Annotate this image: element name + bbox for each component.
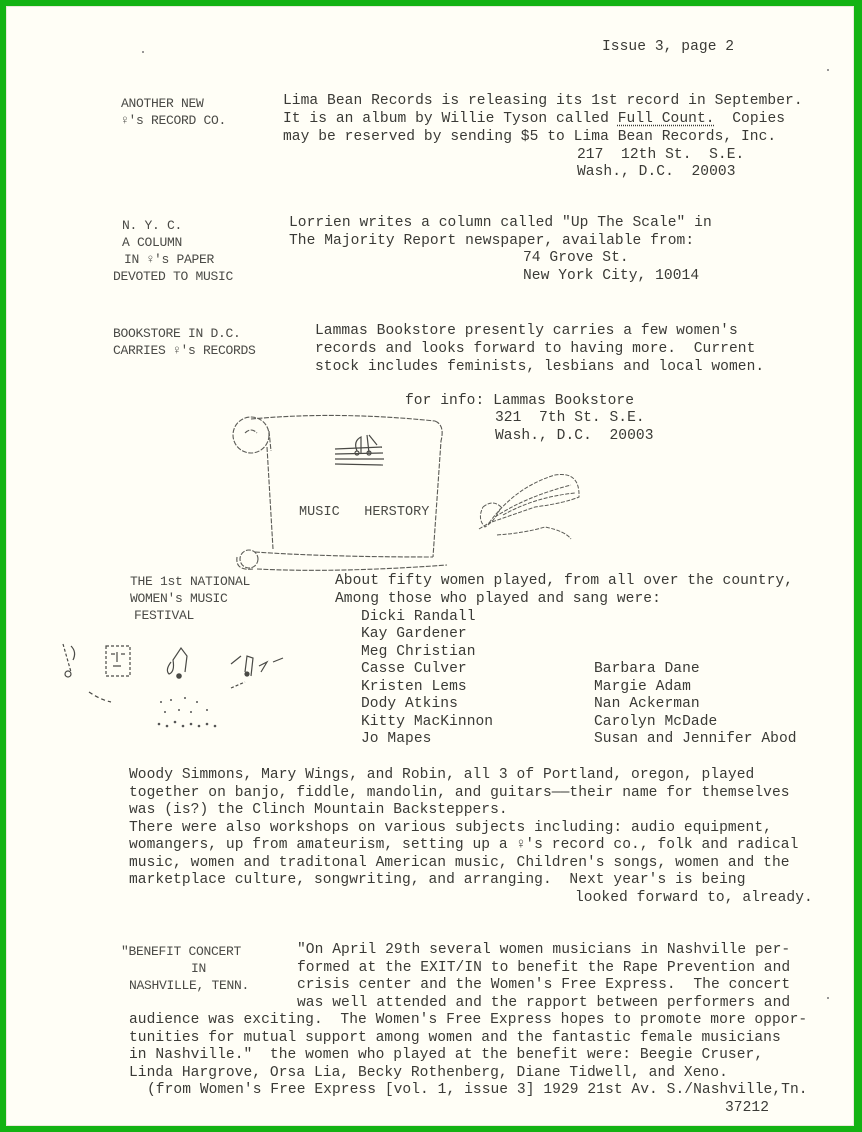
body-line: was well attended and the rapport betwee… [297, 995, 790, 1013]
body-text: Copies [715, 111, 785, 127]
section-label: ANOTHER NEW [121, 95, 204, 112]
section-label: IN ♀'s PAPER [124, 251, 214, 268]
body-text: It is an album by Willie Tyson called [283, 111, 618, 127]
performer-name: Kay Gardener [361, 626, 467, 644]
section-label: THE 1st NATIONAL [130, 573, 250, 590]
music-doodles-icon [61, 632, 321, 742]
body-line: looked forward to, already. [575, 890, 813, 908]
performer-name: Margie Adam [594, 679, 691, 697]
newsletter-page: Issue 3, page 2 ANOTHER NEW ♀'s RECORD C… [6, 6, 854, 1126]
speck [827, 997, 829, 999]
body-line: There were also workshops on various sub… [129, 820, 772, 838]
performer-name: Meg Christian [361, 644, 476, 662]
quill-pen-icon [475, 467, 590, 547]
body-line: Lorrien writes a column called "Up The S… [289, 215, 712, 233]
body-line: crisis center and the Women's Free Expre… [297, 977, 790, 995]
body-line: together on banjo, fiddle, mandolin, and… [129, 785, 790, 803]
body-line: Woody Simmons, Mary Wings, and Robin, al… [129, 767, 754, 785]
citation-volume: [vol. 1, issue 3] [385, 1082, 535, 1098]
address-line: 74 Grove St. [523, 250, 629, 268]
performer-name: Dody Atkins [361, 696, 458, 714]
speck [142, 51, 144, 53]
address-line: 217 12th St. S.E. [577, 147, 744, 165]
section-label: BOOKSTORE IN D.C. [113, 325, 241, 342]
body-line: formed at the EXIT/IN to benefit the Rap… [297, 960, 790, 978]
scroll-title: MUSIC HERSTORY [299, 504, 429, 522]
body-line: About fifty women played, from all over … [335, 573, 793, 591]
performer-name: Jo Mapes [361, 731, 431, 749]
section-label: IN [191, 960, 206, 977]
body-line: may be reserved by sending $5 to Lima Be… [283, 129, 776, 147]
body-line: tunities for mutual support among women … [129, 1030, 781, 1048]
performer-name: Dicki Randall [361, 609, 476, 627]
performer-name: Kitty MacKinnon [361, 714, 493, 732]
body-line: Linda Hargrove, Orsa Lia, Becky Rothenbe… [129, 1065, 728, 1083]
citation-zip: 37212 [725, 1100, 769, 1118]
performer-name: Susan and Jennifer Abod [594, 731, 797, 749]
section-label: FESTIVAL [134, 607, 194, 624]
section-label: WOMEN's MUSIC [130, 590, 228, 607]
album-title: Full Count. [618, 111, 715, 127]
address-line: Wash., D.C. 20003 [495, 428, 654, 446]
performer-name: Casse Culver [361, 661, 467, 679]
performer-name: Carolyn McDade [594, 714, 717, 732]
scroll-icon [227, 407, 467, 572]
citation-text: (from Women's Free Express [147, 1082, 385, 1098]
body-line: stock includes feminists, lesbians and l… [315, 359, 764, 377]
section-label: DEVOTED TO MUSIC [113, 268, 233, 285]
body-line: Lammas Bookstore presently carries a few… [315, 323, 738, 341]
body-line: audience was exciting. The Women's Free … [129, 1012, 807, 1030]
body-line: It is an album by Willie Tyson called Fu… [283, 111, 785, 129]
body-line: "On April 29th several women musicians i… [297, 942, 790, 960]
body-line: womangers, up from amateurism, setting u… [129, 837, 798, 855]
body-line: records and looks forward to having more… [315, 341, 755, 359]
body-line: Lima Bean Records is releasing its 1st r… [283, 93, 803, 111]
section-label: CARRIES ♀'s RECORDS [113, 342, 256, 359]
section-label: "BENEFIT CONCERT [121, 943, 241, 960]
address-line: 321 7th St. S.E. [495, 410, 645, 428]
section-label: A COLUMN [122, 234, 182, 251]
address-line: New York City, 10014 [523, 268, 699, 286]
source-citation: (from Women's Free Express [vol. 1, issu… [147, 1082, 808, 1100]
body-line: was (is?) the Clinch Mountain Backsteppe… [129, 802, 508, 820]
issue-page-number: Issue 3, page 2 [602, 39, 734, 57]
body-line: in Nashville." the women who played at t… [129, 1047, 763, 1065]
music-notes-icon [335, 435, 384, 465]
body-line: music, women and traditonal American mus… [129, 855, 790, 873]
section-label: NASHVILLE, TENN. [129, 977, 249, 994]
performer-name: Kristen Lems [361, 679, 467, 697]
section-label: ♀'s RECORD CO. [121, 112, 226, 129]
body-line: Among those who played and sang were: [335, 591, 661, 609]
address-line: Wash., D.C. 20003 [577, 164, 736, 182]
speck [827, 69, 829, 71]
citation-text: 1929 21st Av. S./Nashville,Tn. [535, 1082, 808, 1098]
performer-name: Nan Ackerman [594, 696, 700, 714]
body-line: marketplace culture, songwriting, and ar… [129, 872, 746, 890]
performer-name: Barbara Dane [594, 661, 700, 679]
body-line: The Majority Report newspaper, available… [289, 233, 694, 251]
section-label: N. Y. C. [122, 217, 182, 234]
